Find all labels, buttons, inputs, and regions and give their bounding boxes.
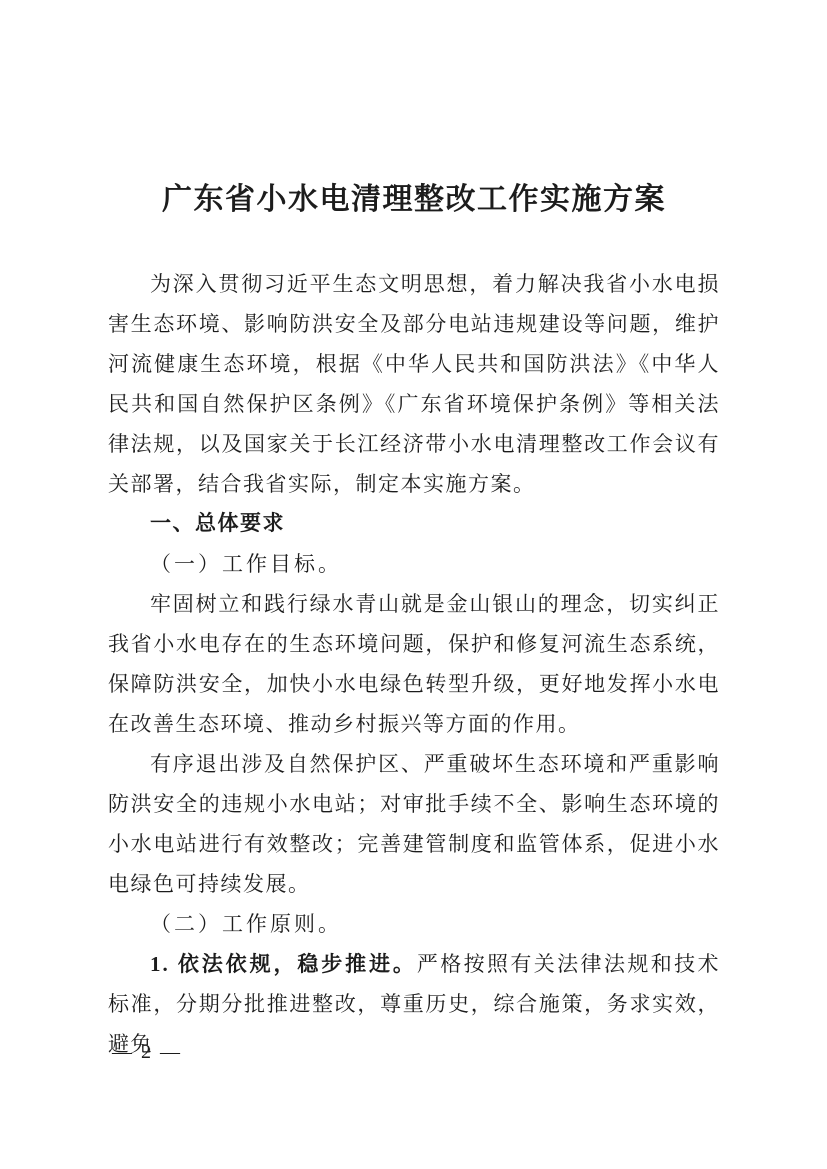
section-1-heading: 一、总体要求 <box>108 504 720 544</box>
principle-1-lead: 1. 依法依规，稳步推进。 <box>150 952 417 976</box>
document-page: 广东省小水电清理整改工作实施方案 为深入贯彻习近平生态文明思想，着力解决我省小水… <box>0 0 827 1169</box>
document-title: 广东省小水电清理整改工作实施方案 <box>108 180 720 220</box>
subsection-1-2-heading: （二）工作原则。 <box>108 904 720 944</box>
principle-1-paragraph: 1. 依法依规，稳步推进。严格按照有关法律法规和技术标准，分期分批推进整改，尊重… <box>108 944 720 1064</box>
document-content-column: 广东省小水电清理整改工作实施方案 为深入贯彻习近平生态文明思想，着力解决我省小水… <box>108 0 720 1064</box>
subsection-1-1-heading: （一）工作目标。 <box>108 544 720 584</box>
intro-paragraph: 为深入贯彻习近平生态文明思想，着力解决我省小水电损害生态环境、影响防洪安全及部分… <box>108 264 720 504</box>
work-goal-paragraph-2: 有序退出涉及自然保护区、严重破坏生态环境和严重影响防洪安全的违规小水电站；对审批… <box>108 744 720 904</box>
page-number: — 2 — <box>112 1032 182 1072</box>
work-goal-paragraph-1: 牢固树立和践行绿水青山就是金山银山的理念，切实纠正我省小水电存在的生态环境问题，… <box>108 584 720 744</box>
